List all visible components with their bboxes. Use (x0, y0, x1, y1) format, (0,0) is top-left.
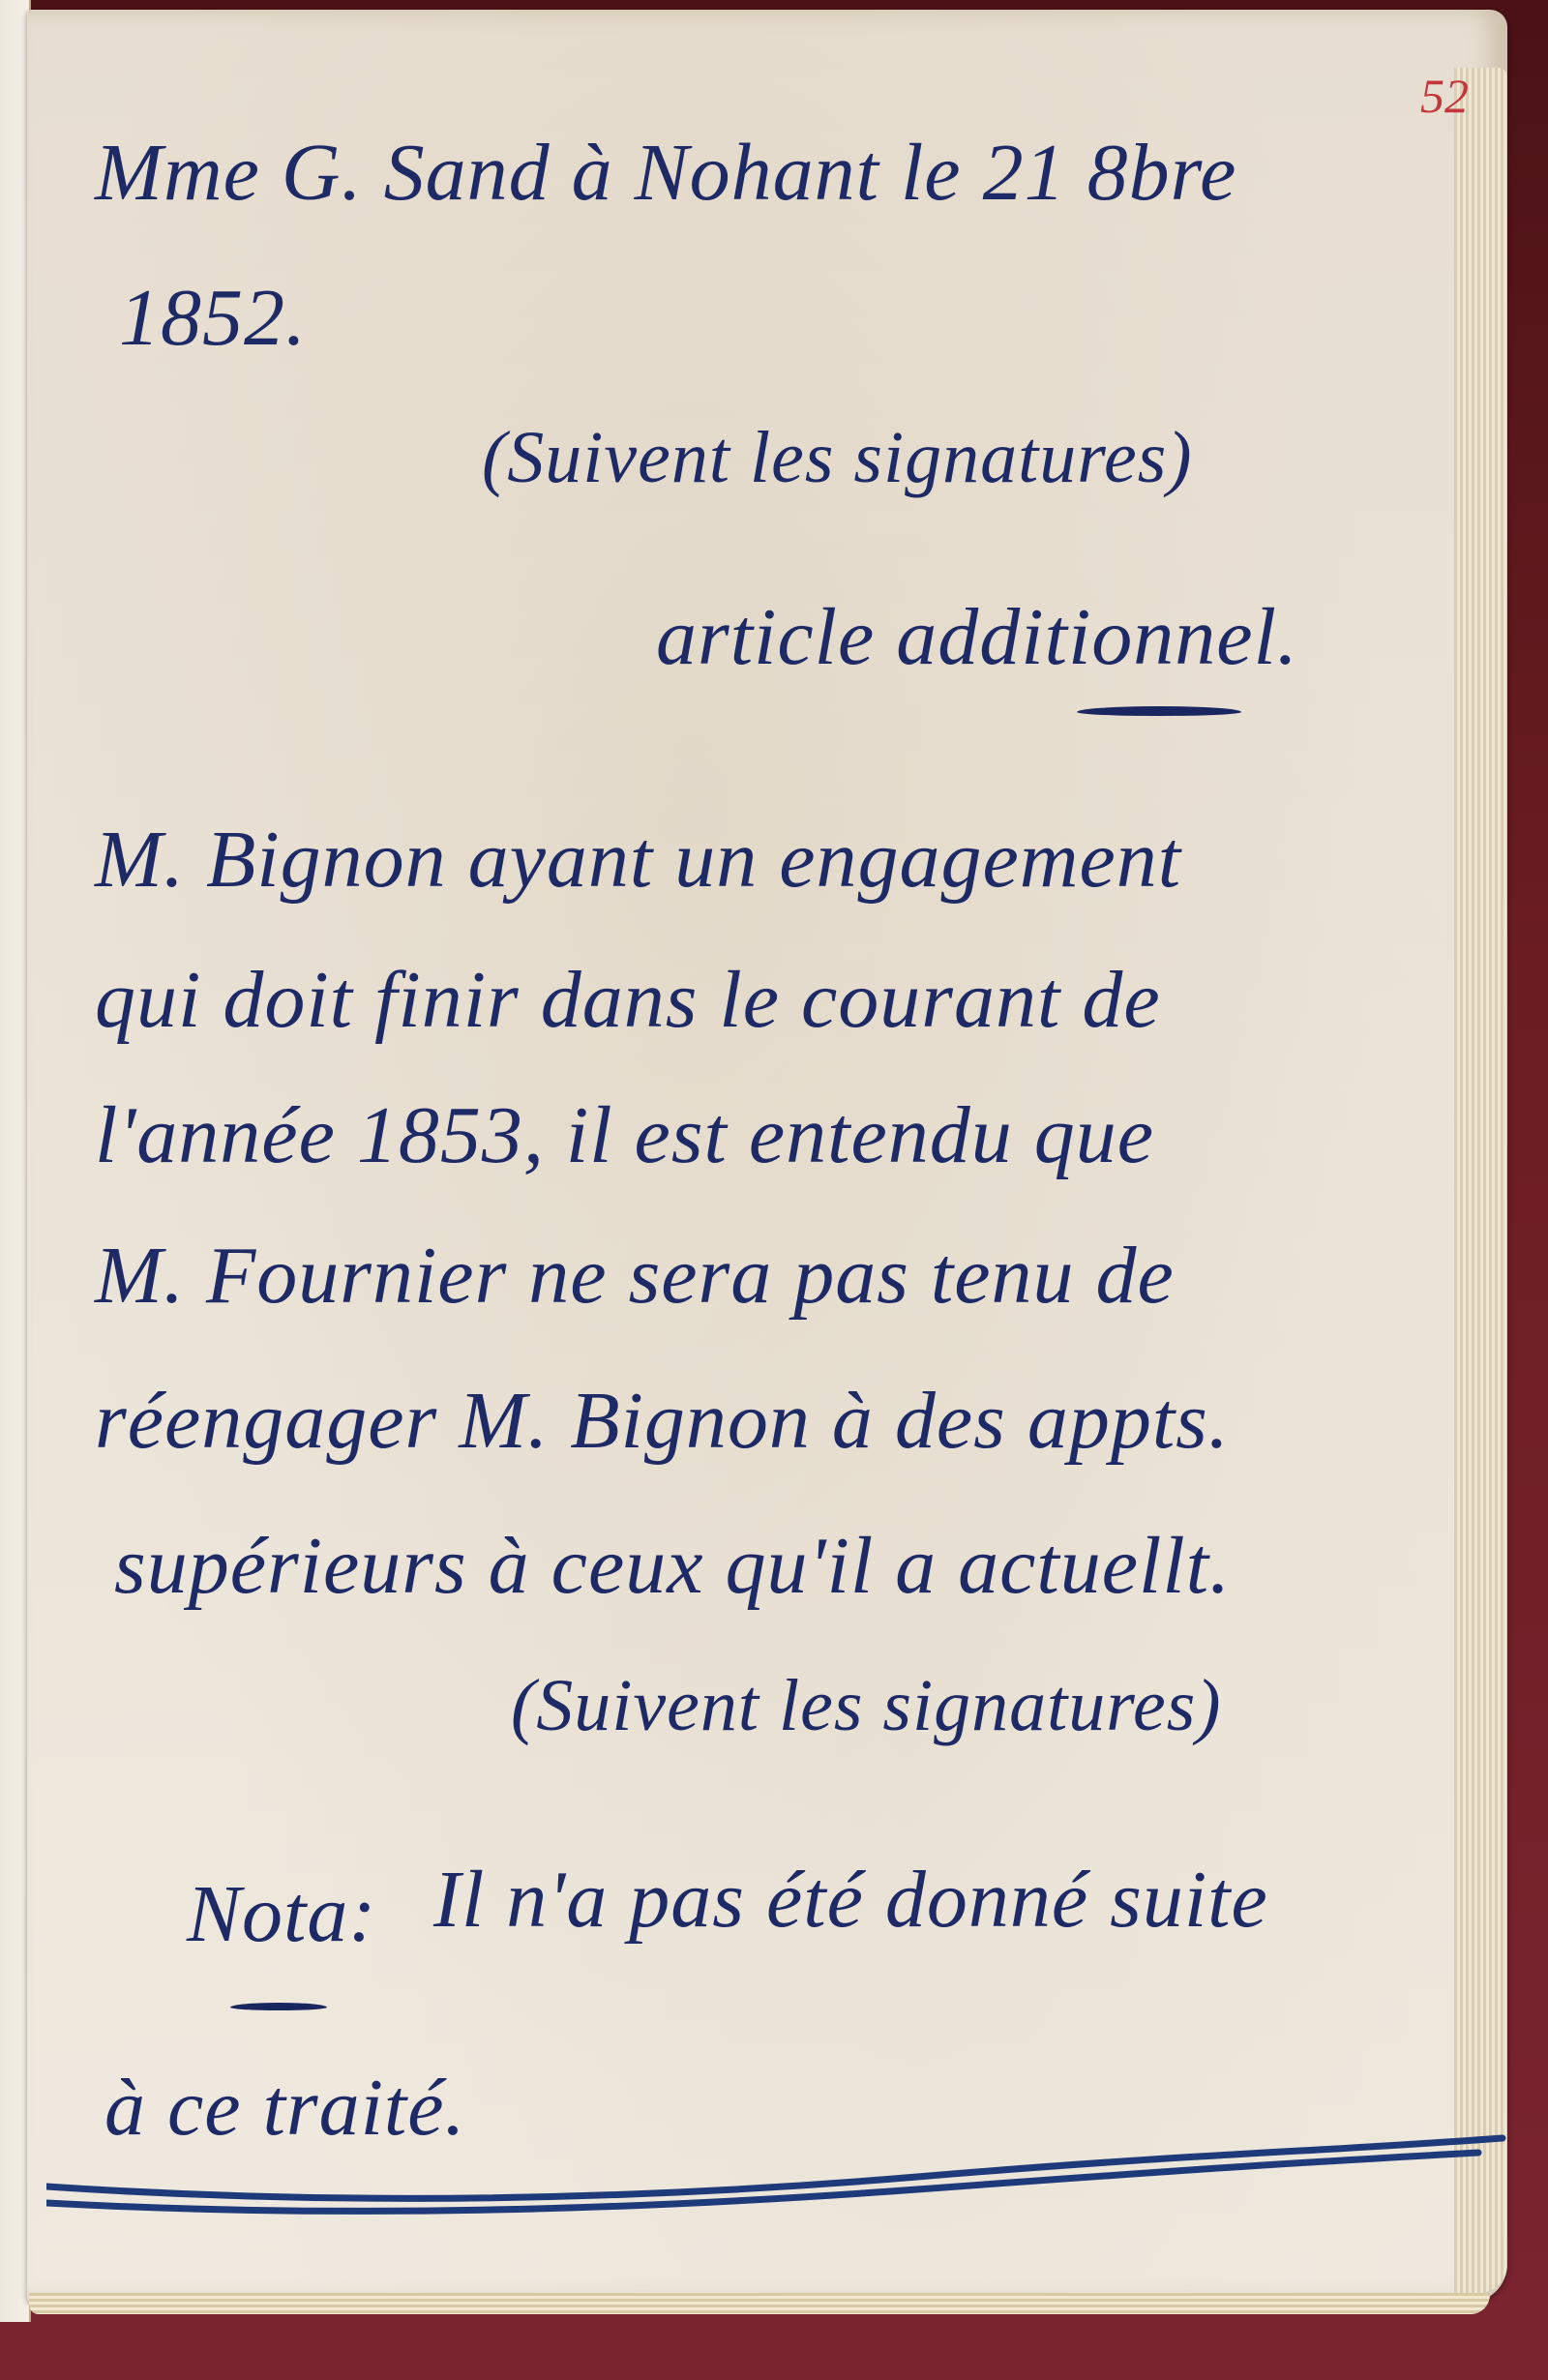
manuscript-page: 52 Mme G. Sand à Nohant le 21 8bre 1852.… (27, 10, 1507, 2303)
section-title: article additionnel. (656, 590, 1298, 684)
header-line-1: Mme G. Sand à Nohant le 21 8bre (95, 126, 1236, 220)
page-fore-edge (1454, 68, 1507, 2293)
body-line-4: M. Fournier ne sera pas tenu de (95, 1229, 1175, 1323)
body-line-6: supérieurs à ceux qu'il a actuellt. (114, 1519, 1231, 1613)
body-line-5: réengager M. Bignon à des appts. (95, 1374, 1230, 1468)
nota-underline (230, 2003, 327, 2010)
closing-double-rule (46, 2133, 1507, 2220)
signatures-note-2: (Suivent les signatures) (511, 1664, 1222, 1748)
photo-scene: 52 Mme G. Sand à Nohant le 21 8bre 1852.… (0, 0, 1548, 2380)
section-title-underline (1077, 706, 1241, 716)
nota-line-1: Il n'a pas été donné suite (433, 1853, 1268, 1947)
body-line-1: M. Bignon ayant un engagement (95, 813, 1181, 907)
page-number: 52 (1420, 68, 1469, 124)
body-line-3: l'année 1853, il est entendu que (95, 1088, 1154, 1182)
page-bottom-edge (29, 2293, 1490, 2314)
nota-label: Nota: (187, 1867, 376, 1961)
header-line-2: 1852. (119, 271, 307, 365)
body-line-2: qui doit finir dans le courant de (95, 953, 1161, 1047)
signatures-note-1: (Suivent les signatures) (482, 416, 1193, 500)
